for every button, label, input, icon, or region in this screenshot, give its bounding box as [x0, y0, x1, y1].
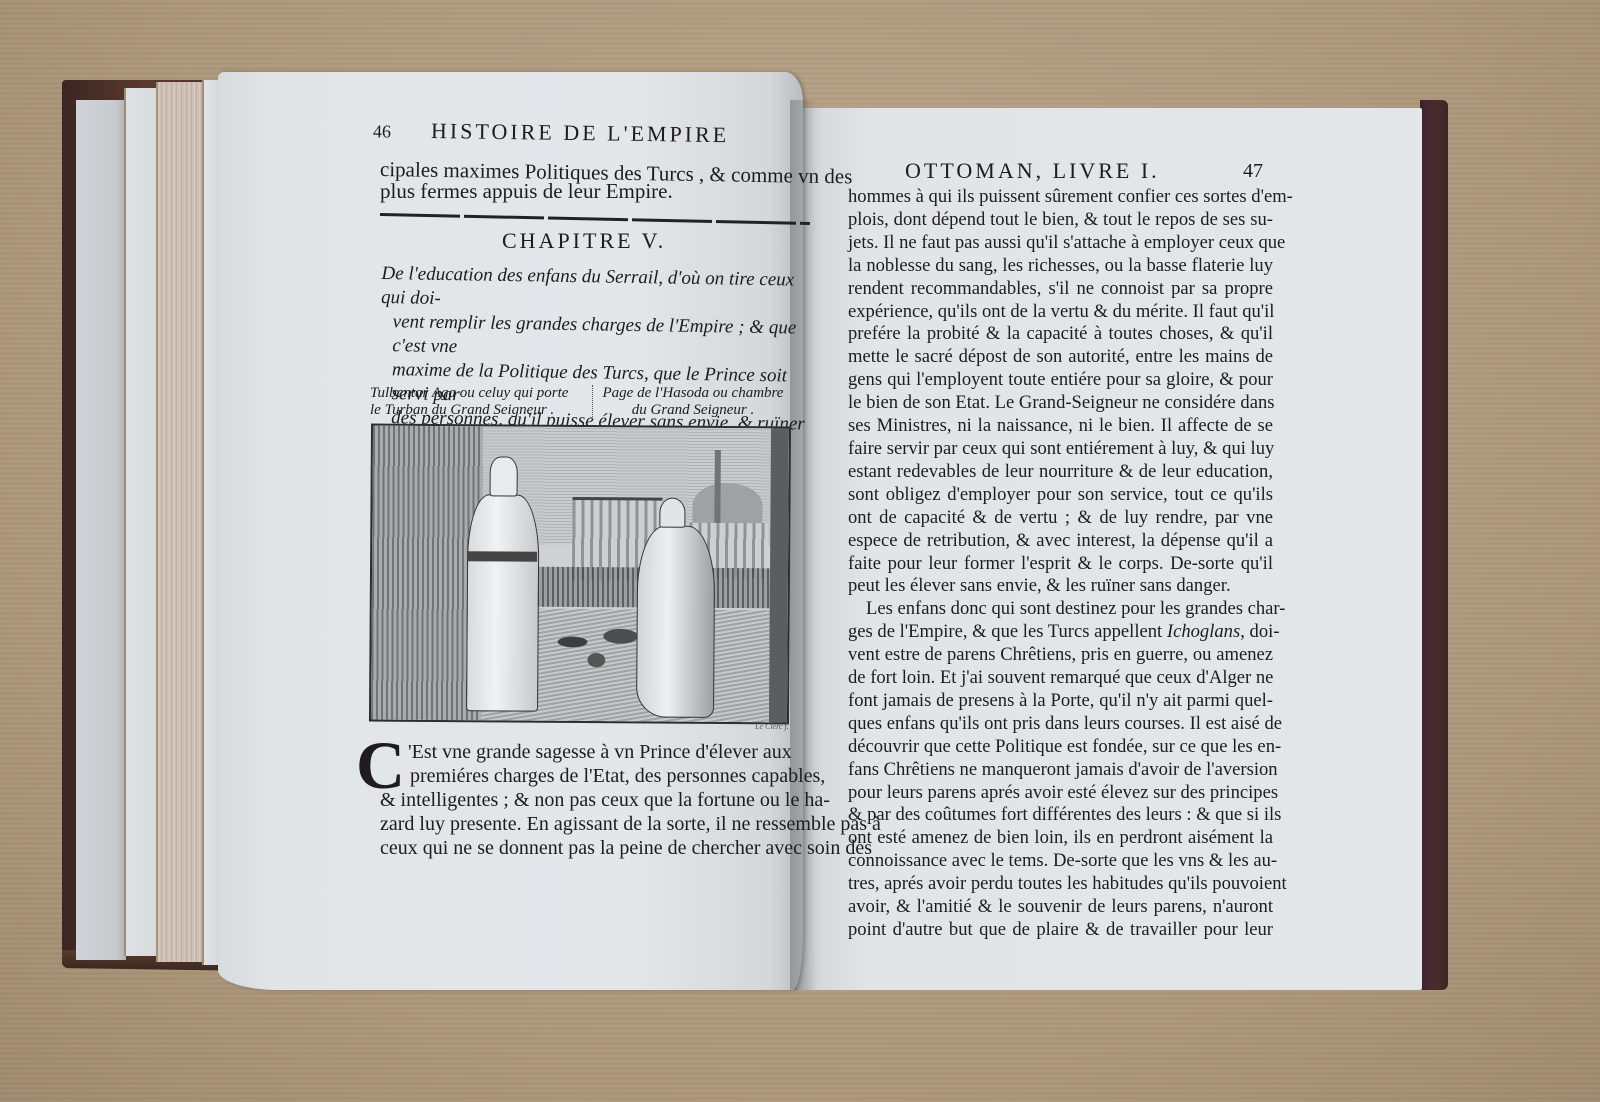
- figure-tulbentar-aga: [466, 456, 538, 714]
- engraving-captions: Tulbentar Aga ou celuy qui porte le Turb…: [370, 385, 790, 427]
- right-page-number: 47: [1243, 160, 1263, 183]
- body-line: plois, dont dépend tout le bien, & tout …: [848, 209, 1273, 232]
- text-segment: , doi-: [1240, 621, 1279, 642]
- body-line: ont esté amenez de bien loin, ils en per…: [848, 827, 1273, 850]
- body-line: zard luy presente. En agissant de la sor…: [380, 812, 810, 836]
- endpaper: [76, 100, 126, 960]
- belt: [467, 551, 537, 561]
- right-body-text: hommes à qui ils puissent sûrement confi…: [848, 186, 1273, 942]
- body-line: fans Chrêtiens ne manqueront jamais d'av…: [848, 759, 1273, 782]
- architectural-pillar-right: [769, 428, 789, 722]
- continued-line: plus fermes appuis de leur Empire.: [380, 180, 673, 202]
- body-line: peut les élever sans envie, & les ruïner…: [848, 575, 1273, 598]
- body-line: prefére la probité & la capacité à toute…: [848, 323, 1273, 346]
- body-line: avoir, & l'amitié & le souvenir de leurs…: [848, 896, 1273, 919]
- body-line: le bien de son Etat. Le Grand-Seigneur n…: [848, 392, 1273, 415]
- body-line: de fort loin. Et j'ai souvent remarqué q…: [848, 667, 1273, 690]
- engraving-illustration: [369, 424, 791, 725]
- book-cover-right: [1420, 100, 1448, 990]
- robe: [466, 494, 540, 711]
- body-line: gens qui l'employent toute entiére pour …: [848, 369, 1273, 392]
- caption-line: Tulbentar Aga ou celuy qui porte: [370, 385, 582, 402]
- body-line: jets. Il ne faut pas aussi qu'il s'attac…: [848, 232, 1273, 255]
- body-line-with-italic: ges de l'Empire, & que les Turcs appelle…: [848, 621, 1273, 644]
- caption-line: Page de l'Hasoda ou chambre: [593, 385, 793, 402]
- body-line: & par des coûtumes fort différentes des …: [848, 804, 1273, 827]
- body-line: ses Ministres, ni la naissance, ni le bi…: [848, 415, 1273, 438]
- body-line: Les enfans donc qui sont destinez pour l…: [848, 598, 1273, 621]
- minaret: [714, 450, 721, 530]
- caption-left: Tulbentar Aga ou celuy qui porte le Turb…: [370, 385, 582, 419]
- body-line: point d'autre but que de plaire & de tra…: [848, 919, 1273, 942]
- left-page-number: 46: [373, 121, 391, 141]
- body-line: expérience, qu'ils ont de la vertu & du …: [848, 301, 1273, 324]
- body-line: pour leurs parens aprés avoir esté éleve…: [848, 782, 1273, 805]
- hat: [659, 498, 685, 528]
- body-line: la noblesse du sang, les richesses, ou l…: [848, 255, 1273, 278]
- right-running-head: OTTOMAN, LIVRE I.: [905, 158, 1245, 184]
- caption-line: le Turban du Grand Seigneur .: [370, 402, 582, 419]
- body-line: rendent recommandables, s'il ne connoist…: [848, 278, 1273, 301]
- robe: [636, 525, 715, 718]
- body-line: hommes à qui ils puissent sûrement confi…: [848, 186, 1273, 209]
- body-line: connoissance avec le tems. De-sorte que …: [848, 850, 1273, 873]
- body-line: découvrir que cette Politique est fondée…: [848, 736, 1273, 759]
- text-segment: ges de l'Empire, & que les Turcs appelle…: [848, 621, 1167, 642]
- caption-right: Page de l'Hasoda ou chambre du Grand Sei…: [592, 385, 793, 419]
- body-line: 'Est vne grande sagesse à vn Prince d'él…: [380, 740, 810, 764]
- italic-term: Ichoglans: [1167, 621, 1240, 642]
- turban-hat: [490, 456, 518, 496]
- body-line: vent estre de parens Chrêtiens, pris en …: [848, 644, 1273, 667]
- left-running-head-title: HISTOIRE DE L'EMPIRE: [431, 118, 730, 147]
- body-line: mette le sacré dépost de son autorité, e…: [848, 346, 1273, 369]
- body-line: & intelligentes ; & non pas ceux que la …: [380, 788, 810, 812]
- body-line: ont de capacité & de vertu ; & de luy re…: [848, 507, 1273, 530]
- body-line: sont obligez d'employer pour son service…: [848, 484, 1273, 507]
- engraver-signature: Le Clerc f.: [755, 722, 789, 731]
- summary-line: vent remplir les grandes charges de l'Em…: [380, 310, 811, 365]
- chapter-title: CHAPITRE V.: [502, 228, 666, 254]
- body-line: faite pour leur former l'esprit & le cor…: [848, 553, 1273, 576]
- body-line: estant redevables de leur nourriture & d…: [848, 461, 1273, 484]
- body-line: ques enfans qu'ils ont pris dans leurs c…: [848, 713, 1273, 736]
- body-line: tres, aprés avoir perdu toutes les habit…: [848, 873, 1273, 896]
- figure-page-hasoda: [636, 497, 708, 717]
- body-line: premiéres charges de l'Etat, des personn…: [380, 764, 810, 788]
- body-line: espece de retribution, & avec interest, …: [848, 530, 1273, 553]
- caption-line: du Grand Seigneur .: [593, 402, 793, 419]
- body-line: faire servir par ceux qui sont entiéreme…: [848, 438, 1273, 461]
- summary-line: De l'education des enfans du Serrail, d'…: [381, 262, 812, 317]
- body-line: ceux qui ne se donnent pas la peine de c…: [380, 836, 810, 860]
- body-line: font jamais de presens à la Porte, qu'il…: [848, 690, 1273, 713]
- page-stack-edge: [156, 82, 206, 962]
- left-body-text: 'Est vne grande sagesse à vn Prince d'él…: [380, 740, 810, 860]
- left-running-head: 46HISTOIRE DE L'EMPIRE: [373, 117, 773, 149]
